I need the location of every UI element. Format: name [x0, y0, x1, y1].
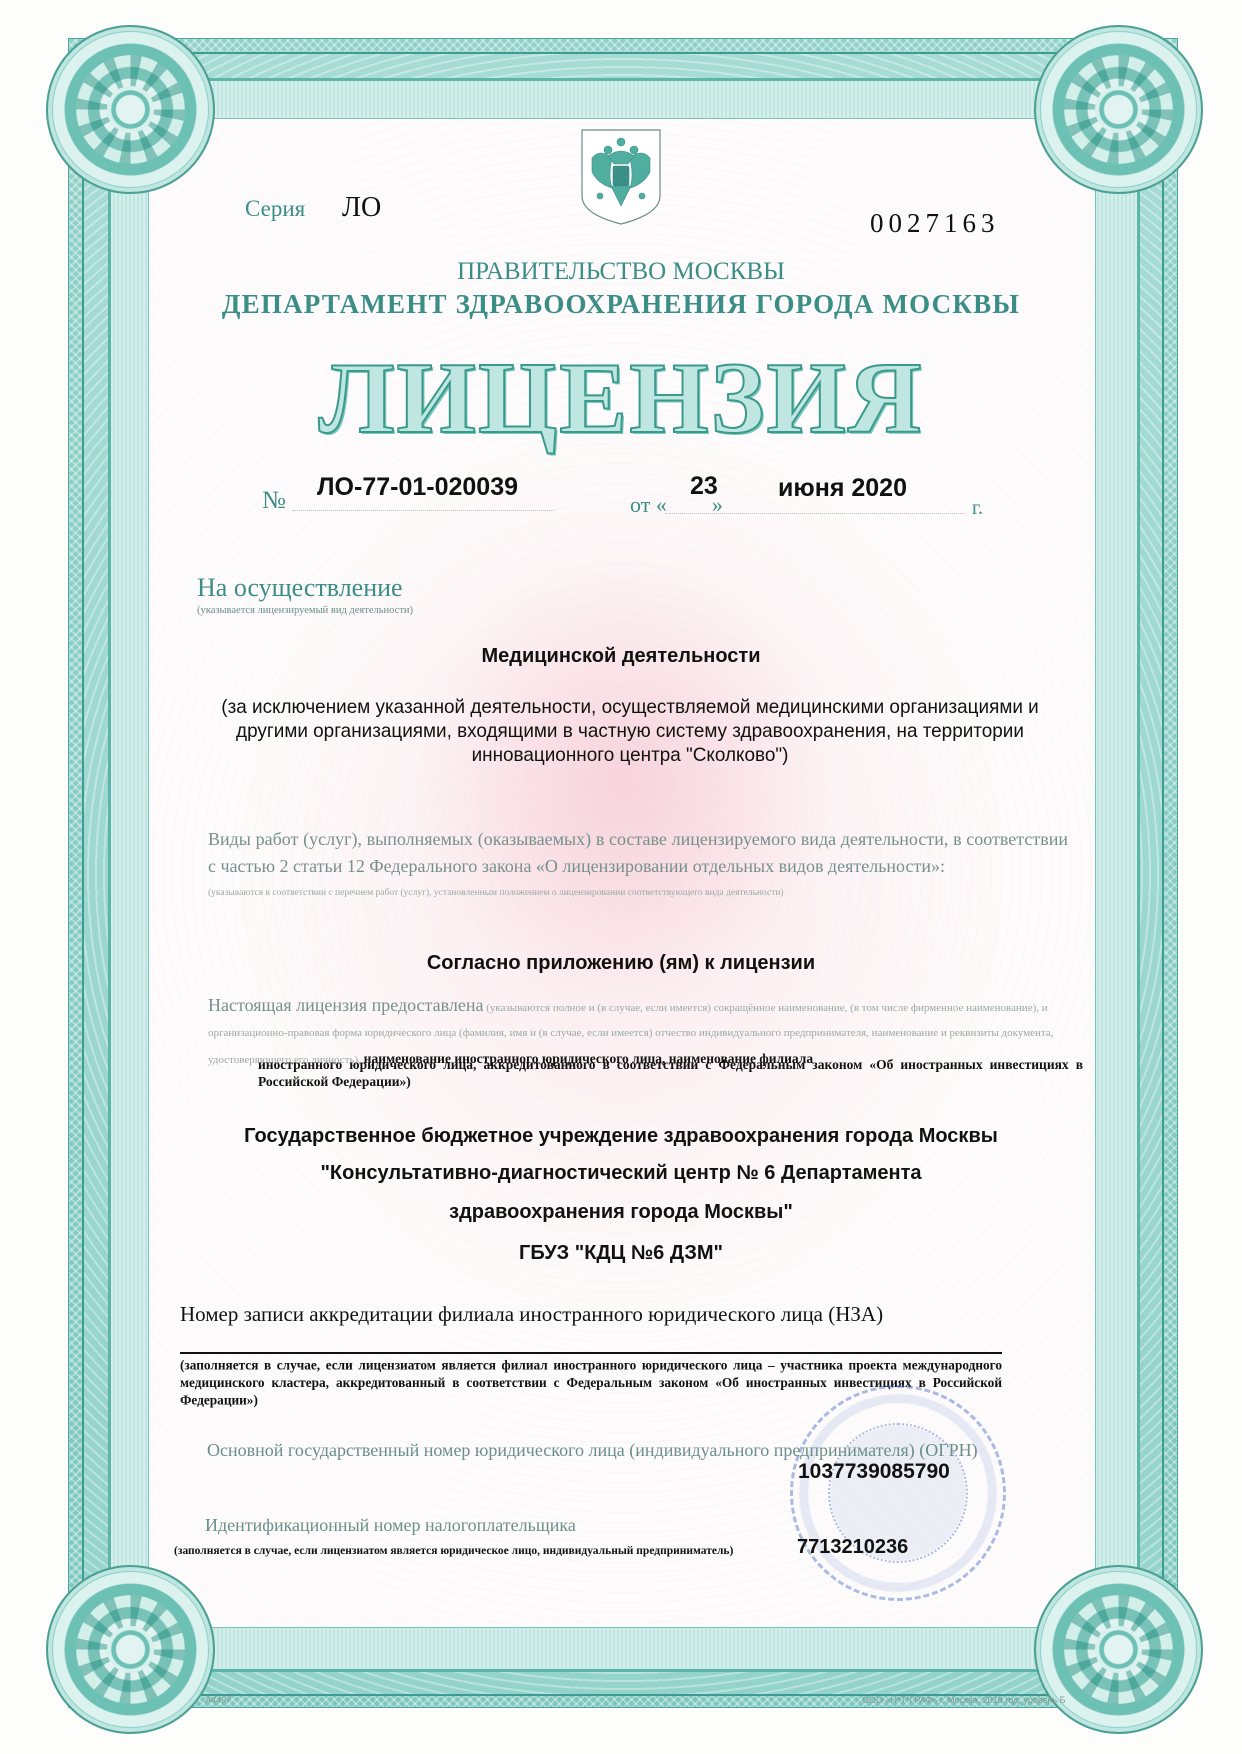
license-number: ЛО-77-01-020039: [317, 473, 518, 502]
form-code: А4497: [205, 1695, 231, 1705]
nza-label: Номер записи аккредитации филиала иностр…: [180, 1302, 883, 1327]
activity-name: Медицинской деятельности: [0, 645, 1242, 668]
serial-number: 0027163: [870, 208, 1000, 239]
works-value: Согласно приложению (ям) к лицензии: [0, 952, 1242, 975]
date-prefix-text: от «: [630, 492, 667, 517]
inn-note: (заполняется в случае, если лицензиатом …: [174, 1545, 733, 1557]
activity-subcaption: (указывается лицензируемый вид деятельно…: [197, 605, 413, 616]
series-value: ЛО: [342, 192, 381, 224]
date-year-suffix: г.: [972, 497, 983, 520]
inn-label: Идентификационный номер налогоплательщик…: [205, 1515, 576, 1536]
ogrn-value: 1037739085790: [798, 1460, 950, 1484]
rosette-ornament-icon: [1034, 1565, 1203, 1734]
works-caption: Виды работ (услуг), выполняемых (оказыва…: [208, 826, 1068, 880]
license-date-month-year: июня 2020: [778, 474, 907, 503]
rosette-ornament-icon: [1034, 25, 1203, 194]
grantee-caption-continued: иностранного юридического лица, аккредит…: [258, 1056, 1083, 1090]
licensee-name-line: здравоохранения города Москвы": [0, 1201, 1242, 1224]
nza-field-line: [180, 1352, 1002, 1354]
russian-coat-of-arms-icon: [578, 126, 664, 228]
activity-note: (за исключением указанной деятельности, …: [194, 695, 1067, 767]
license-document: Серия ЛО 0027163 ПРАВИТЕЛЬСТВО МОСКВЫ ДЕ…: [0, 0, 1242, 1754]
grantee-caption-lead: Настоящая лицензия предоставлена: [208, 995, 483, 1015]
works-subcaption: (указываются в соответствии с перечнем р…: [208, 888, 784, 898]
series-label: Серия: [245, 196, 305, 222]
printer-imprint: ООО «Н*Т*ГРАФ» г. Москва. 2018 год, уров…: [862, 1695, 1066, 1705]
rosette-ornament-icon: [46, 25, 215, 194]
issuer-department: ДЕПАРТАМЕНТ ЗДРАВООХРАНЕНИЯ ГОРОДА МОСКВ…: [0, 289, 1242, 320]
inn-value: 7713210236: [797, 1536, 908, 1559]
licensee-short-name: ГБУЗ "КДЦ №6 ДЗМ": [0, 1242, 1242, 1265]
official-seal-stamp: [790, 1385, 1006, 1601]
license-date-day: 23: [690, 472, 718, 501]
licensee-name-line: "Консультативно-диагностический центр № …: [0, 1162, 1242, 1185]
rosette-ornament-icon: [46, 1565, 215, 1734]
activity-caption: На осуществление: [197, 573, 403, 603]
number-sign: №: [262, 487, 286, 515]
issuer-government: ПРАВИТЕЛЬСТВО МОСКВЫ: [0, 258, 1242, 286]
licensee-name-line: Государственное бюджетное учреждение здр…: [0, 1125, 1242, 1148]
document-title: ЛИЦЕНЗИЯ: [0, 340, 1242, 457]
ogrn-label: Основной государственный номер юридическ…: [207, 1440, 978, 1461]
number-underline: [292, 510, 554, 511]
date-underline: [665, 513, 965, 514]
